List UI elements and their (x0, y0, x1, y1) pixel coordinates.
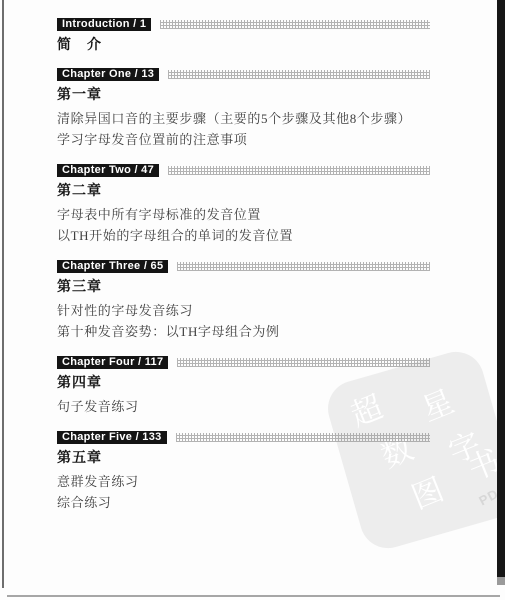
chapter-subtopic: 针对性的字母发音练习 (57, 302, 430, 319)
chapter-bar-label: Chapter One / 13 (57, 68, 159, 81)
dotted-leader (168, 70, 430, 79)
chapter-bar-row: Chapter Three / 65 (57, 260, 430, 273)
chapter-subtopic: 意群发音练习 (57, 473, 430, 490)
scanned-page: { "toc": { "entries": [ { "bar": "Introd… (0, 0, 505, 600)
chapter-bar-label: Chapter Five / 133 (57, 431, 167, 444)
scan-left-edge-line (2, 0, 4, 588)
chapter-heading-zh: 第二章 (57, 183, 430, 198)
chapter-bar-label: Chapter Four / 117 (57, 356, 168, 369)
toc-entry-chapter-two: Chapter Two / 47 第二章 字母表中所有字母标准的发音位置 以TH… (57, 164, 430, 244)
table-of-contents: Introduction / 1 简 介 Chapter One / 13 第一… (57, 18, 430, 527)
chapter-bar-label: Introduction / 1 (57, 18, 151, 31)
chapter-bar-row: Chapter Four / 117 (57, 356, 430, 369)
toc-entry-chapter-three: Chapter Three / 65 第三章 针对性的字母发音练习 第十种发音姿… (57, 260, 430, 340)
chapter-bar-row: Chapter One / 13 (57, 68, 430, 81)
toc-entry-chapter-five: Chapter Five / 133 第五章 意群发音练习 综合练习 (57, 431, 430, 511)
chapter-heading-zh: 第五章 (57, 450, 430, 465)
chapter-heading-zh: 第四章 (57, 375, 430, 390)
dotted-leader (177, 262, 430, 271)
toc-entry-chapter-one: Chapter One / 13 第一章 清除异国口音的主要步骤（主要的5个步骤… (57, 68, 430, 148)
toc-entry-introduction: Introduction / 1 简 介 (57, 18, 430, 52)
chapter-bar-label: Chapter Two / 47 (57, 164, 159, 177)
chapter-subtopic: 学习字母发音位置前的注意事项 (57, 131, 430, 148)
chapter-subtopic: 第十种发音姿势：以TH字母组合为例 (57, 323, 430, 340)
scan-bottom-edge-line (7, 595, 500, 597)
chapter-bar-row: Introduction / 1 (57, 18, 430, 31)
dotted-leader (168, 166, 430, 175)
chapter-subtopic: 综合练习 (57, 494, 430, 511)
scan-right-edge-bar (497, 0, 505, 577)
chapter-subtopic: 以TH开始的字母组合的单词的发音位置 (57, 227, 430, 244)
dotted-leader (160, 20, 430, 29)
chapter-heading-zh: 简 介 (57, 37, 430, 52)
chapter-bar-row: Chapter Five / 133 (57, 431, 430, 444)
chapter-bar-label: Chapter Three / 65 (57, 260, 168, 273)
toc-entry-chapter-four: Chapter Four / 117 第四章 句子发音练习 (57, 356, 430, 415)
chapter-heading-zh: 第三章 (57, 279, 430, 294)
chapter-subtopic: 句子发音练习 (57, 398, 430, 415)
dotted-leader (177, 358, 430, 367)
dotted-leader (176, 433, 430, 442)
chapter-heading-zh: 第一章 (57, 87, 430, 102)
chapter-subtopic: 清除异国口音的主要步骤（主要的5个步骤及其他8个步骤） (57, 110, 430, 127)
chapter-bar-row: Chapter Two / 47 (57, 164, 430, 177)
chapter-subtopic: 字母表中所有字母标准的发音位置 (57, 206, 430, 223)
